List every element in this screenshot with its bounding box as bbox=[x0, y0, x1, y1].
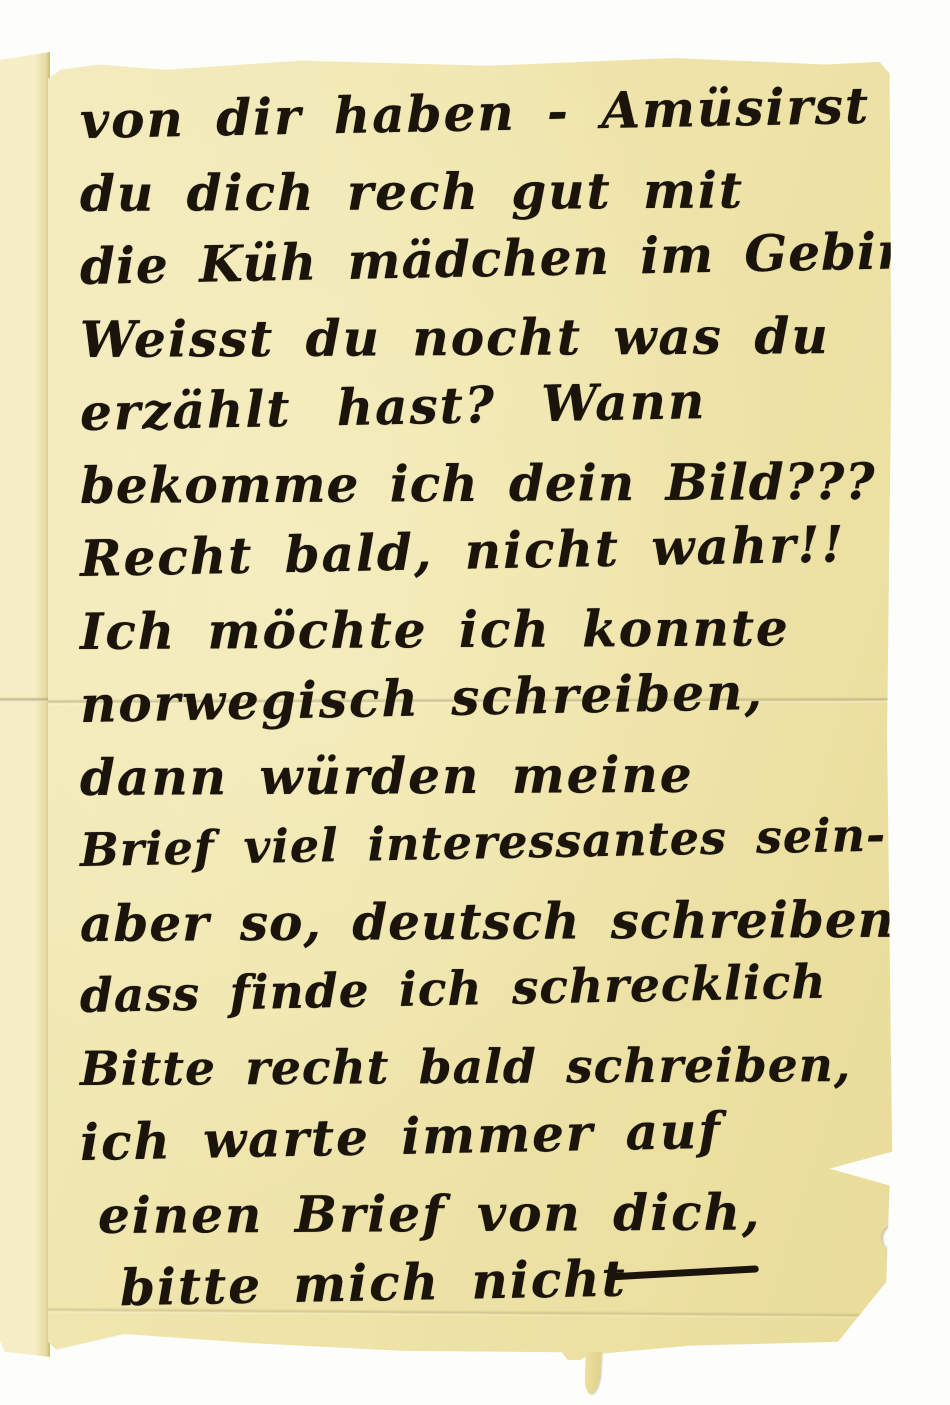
letter-line: norwegisch schreiben, bbox=[79, 653, 883, 741]
scanned-letter: von dir haben - Amüsirst du dich rech gu… bbox=[0, 0, 950, 1405]
paper-tear-tab bbox=[584, 1352, 601, 1395]
letter-line: bitte mich nicht bbox=[79, 1237, 883, 1325]
letter-page: von dir haben - Amüsirst du dich rech gu… bbox=[48, 58, 893, 1360]
letter-line: ich warte immer auf bbox=[79, 1091, 883, 1179]
letter-line: Recht bald, nicht wahr!! bbox=[79, 507, 883, 595]
letter-line: Brief viel interessantes sein- bbox=[79, 799, 883, 887]
handwritten-text: von dir haben - Amüsirst du dich rech gu… bbox=[48, 58, 893, 1360]
letter-line: die Küh mädchen im Gebirge. bbox=[79, 215, 883, 303]
fold-crease bbox=[0, 697, 50, 702]
folded-page-edge bbox=[0, 52, 50, 1357]
letter-line: dass finde ich schrecklich bbox=[79, 945, 883, 1033]
letter-line: von dir haben - Amüsirst bbox=[79, 69, 883, 157]
letter-line: erzählt hast? Wann bbox=[79, 361, 883, 449]
